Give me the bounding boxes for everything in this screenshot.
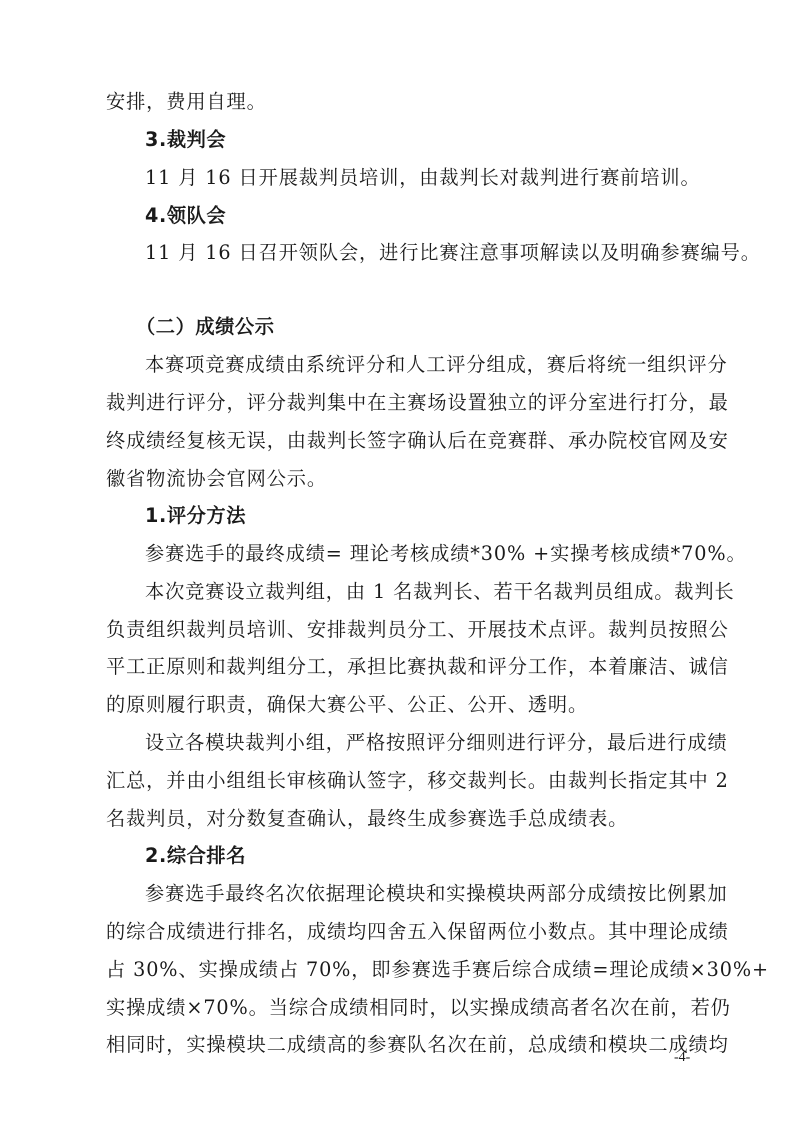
paragraph-line: 设立各模块裁判小组，严格按照评分细则进行评分，最后进行成绩 xyxy=(106,731,694,755)
paragraph-line: 占 30%、实操成绩占 70%，即参赛选手赛后综合成绩=理论成绩×30%+ xyxy=(106,958,694,982)
paragraph-line: 汇总，并由小组组长审核确认签字，移交裁判长。由裁判长指定其中 2 xyxy=(106,769,694,793)
paragraph-line: 实操成绩×70%。当综合成绩相同时，以实操成绩高者名次在前，若仍 xyxy=(106,996,694,1020)
text-line: 11 月 16 日开展裁判员培训，由裁判长对裁判进行赛前培训。 xyxy=(106,166,694,190)
paragraph-line: 裁判进行评分，评分裁判集中在主赛场设置独立的评分室进行打分，最 xyxy=(106,391,694,415)
text-line: 安排，费用自理。 xyxy=(106,90,694,114)
subheading-referee-meeting: 3.裁判会 xyxy=(106,128,694,152)
page-number: -4- xyxy=(674,1050,690,1066)
formula-line: 参赛选手的最终成绩= 理论考核成绩*30% +实操考核成绩*70%。 xyxy=(106,542,694,566)
section-heading-score-announcement: （二）成绩公示 xyxy=(106,315,694,339)
paragraph-line: 相同时，实操模块二成绩高的参赛队名次在前，总成绩和模块二成绩均 xyxy=(106,1033,694,1057)
paragraph-line: 终成绩经复核无误，由裁判长签字确认后在竞赛群、承办院校官网及安 xyxy=(106,429,694,453)
subheading-team-leader-meeting: 4.领队会 xyxy=(106,204,694,228)
paragraph-line: 本赛项竞赛成绩由系统评分和人工评分组成，赛后将统一组织评分 xyxy=(106,353,694,377)
paragraph-line: 本次竞赛设立裁判组，由 1 名裁判长、若干名裁判员组成。裁判长 xyxy=(106,580,694,604)
paragraph-line: 名裁判员，对分数复查确认，最终生成参赛选手总成绩表。 xyxy=(106,807,694,831)
paragraph-line: 负责组织裁判员培训、安排裁判员分工、开展技术点评。裁判员按照公 xyxy=(106,618,694,642)
subheading-overall-ranking: 2.综合排名 xyxy=(106,844,694,868)
paragraph-line: 平工正原则和裁判组分工，承担比赛执裁和评分工作，本着廉洁、诚信 xyxy=(106,655,694,679)
paragraph-line: 参赛选手最终名次依据理论模块和实操模块两部分成绩按比例累加 xyxy=(106,882,694,906)
subheading-scoring-method: 1.评分方法 xyxy=(106,504,694,528)
paragraph-line: 的原则履行职责，确保大赛公平、公正、公开、透明。 xyxy=(106,693,694,717)
paragraph-line: 的综合成绩进行排名，成绩均四舍五入保留两位小数点。其中理论成绩 xyxy=(106,920,694,944)
paragraph-line: 徽省物流协会官网公示。 xyxy=(106,467,694,491)
text-line: 11 月 16 日召开领队会，进行比赛注意事项解读以及明确参赛编号。 xyxy=(106,241,694,265)
